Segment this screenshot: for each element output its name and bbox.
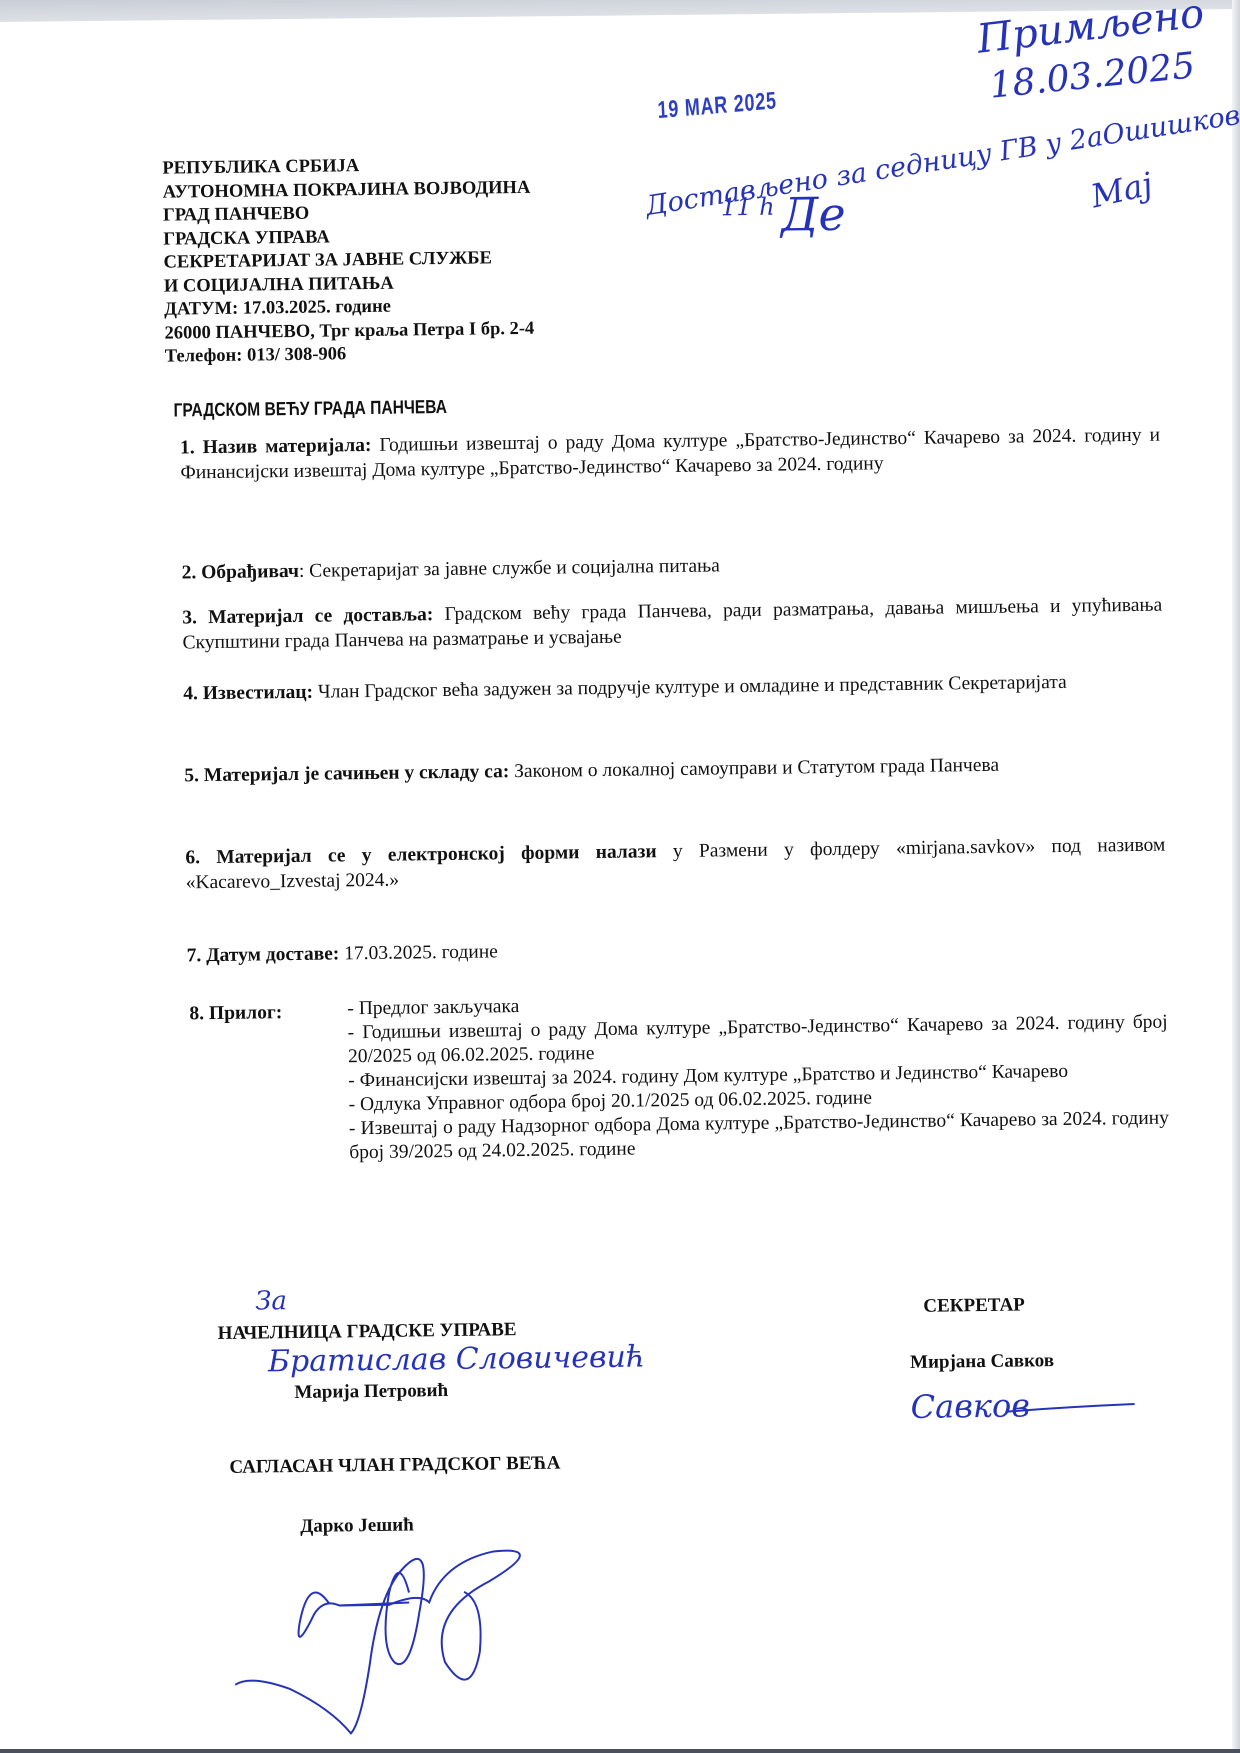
attachments-label: 8. Прилог: xyxy=(189,1002,282,1025)
attachment-item: - Извештај о раду Надзорног одбора Дома … xyxy=(349,1107,1170,1166)
letterhead-phone: Телефон: 013/ 308-906 xyxy=(165,341,535,369)
handwritten-signoff: Мај xyxy=(1087,165,1156,216)
letterhead: РЕПУБЛИКА СРБИЈА АУТОНОМНА ПОКРАЈИНА ВОЈ… xyxy=(162,153,534,369)
handwritten-on-behalf: За xyxy=(255,1286,287,1316)
item-label: 7. Датум доставе: xyxy=(187,943,340,966)
secretary-title: СЕКРЕТАР xyxy=(923,1294,1025,1317)
secretary-signature-stroke xyxy=(1007,1398,1137,1420)
item-delivery-date: 7. Датум доставе: 17.03.2025. године xyxy=(187,931,1167,969)
secretary-name: Мирјана Савков xyxy=(910,1350,1054,1374)
letterhead-line: АУТОНОМНА ПОКРАЈИНА ВОЈВОДИНА xyxy=(163,176,533,204)
head-name: Марија Петровић xyxy=(294,1380,448,1404)
item-electronic-location: 6. Материјал се у електронској форми нал… xyxy=(185,833,1166,896)
head-handwritten-signature: Братислав Словичевић xyxy=(268,1339,646,1379)
document-page: РЕПУБЛИКА СРБИЈА АУТОНОМНА ПОКРАЈИНА ВОЈ… xyxy=(0,0,1240,1753)
handwritten-initials: Де xyxy=(781,187,846,242)
item-delivered-to: 3. Материјал се доставља: Градском већу … xyxy=(182,593,1163,656)
item-text: : Секретаријат за јавне службе и социјал… xyxy=(299,555,720,582)
item-text: Законом о локалној самоуправи и Статутом… xyxy=(514,755,999,782)
addressee: ГРАДСКОМ ВЕЋУ ГРАДА ПАНЧЕВА xyxy=(173,397,447,423)
item-legal-basis: 5. Материјал је сачињен у складу са: Зак… xyxy=(184,751,1164,789)
item-label: 4. Известилац: xyxy=(183,682,313,705)
letterhead-line: СЕКРЕТАРИЈАТ ЗА ЈАВНЕ СЛУЖБЕ xyxy=(163,247,533,275)
handwritten-time: 11 h xyxy=(721,193,775,222)
item-material-title: 1. Назив материјала: Годишњи извештај о … xyxy=(180,423,1161,486)
council-member-signature xyxy=(228,1531,531,1745)
council-member-title: САГЛАСАН ЧЛАН ГРАДСКОГ ВЕЋА xyxy=(229,1453,560,1479)
item-label: 3. Материјал се доставља: xyxy=(182,604,433,628)
item-text: Члан Градског већа задужен за подручје к… xyxy=(318,672,1067,703)
attachments-list: - Предлог закључака - Годишњи извештај о… xyxy=(347,987,1169,1166)
received-stamp: 19 MAR 2025 xyxy=(657,87,777,125)
item-label: 5. Материјал је сачињен у складу са: xyxy=(184,761,509,786)
item-label: 2. Обрађивач xyxy=(182,561,299,584)
item-label: 1. Назив материјала: xyxy=(180,435,372,459)
item-processor: 2. Обрађивач: Секретаријат за јавне служ… xyxy=(182,548,1162,586)
item-rapporteur: 4. Известилац: Члан Градског већа задуже… xyxy=(183,669,1163,707)
item-text: 17.03.2025. године xyxy=(344,941,498,964)
item-label: 6. Материјал се у електронској форми нал… xyxy=(185,841,656,868)
letterhead-address: 26000 ПАНЧЕВО, Трг краља Петра I бр. 2-4 xyxy=(164,317,534,345)
